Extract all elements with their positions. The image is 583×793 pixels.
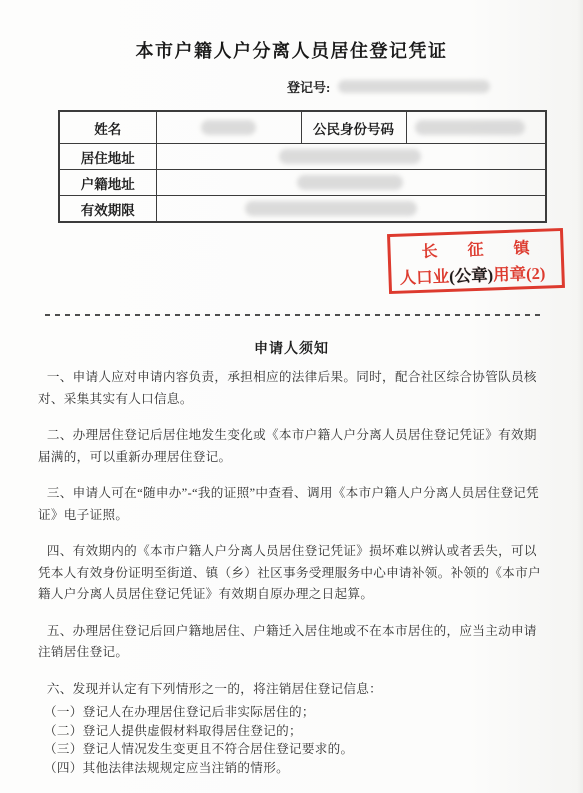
redacted-validity-period [245, 201, 417, 216]
table-row-residence-address: 居住地址 [59, 144, 546, 170]
validity-period-value-cell [156, 196, 546, 223]
notice-paragraph-5: 五、办理居住登记后回户籍地居住、户籍迁入居住地或不在本市居住的，应当主动申请注销… [38, 621, 546, 664]
red-official-seal: 长 征 镇 人口业(公章)用章(2) [387, 228, 565, 294]
id-number-label: 公民身份号码 [301, 111, 406, 144]
notice-paragraph-2: 二、办理居住登记后居住地发生变化或《本市户籍人户分离人员居住登记凭证》有效期届满… [38, 425, 546, 468]
notice-heading: 申请人须知 [0, 338, 583, 358]
residence-address-label: 居住地址 [59, 144, 156, 170]
id-number-value-cell [406, 111, 546, 144]
redacted-registration-number [338, 80, 490, 93]
redacted-household-address [297, 175, 403, 190]
household-address-label: 户籍地址 [59, 170, 156, 196]
notice-subitem-list: （一）登记人在办理居住登记后非实际居住的； （二）登记人提供虚假材料取得居住登记… [38, 703, 546, 777]
document-title: 本市户籍人户分离人员居住登记凭证 [0, 37, 583, 63]
registration-number-label: 登记号: [287, 77, 330, 96]
scanned-document-page: 本市户籍人户分离人员居住登记凭证 登记号: 姓名 公民身份号码 居住地址 户 [0, 0, 583, 793]
redacted-id-number-value [415, 120, 525, 135]
personal-info-table: 姓名 公民身份号码 居住地址 户籍地址 有效期限 [58, 110, 547, 223]
dashed-cut-line [45, 314, 540, 316]
notice-body: 一、申请人应对申请内容负责，承担相应的法律后果。同时，配合社区综合协管队员核对、… [38, 367, 546, 777]
notice-subitem-3: （三）登记人情况发生变更且不符合居住登记要求的。 [38, 740, 546, 759]
seal-placeholder-text: (公章) [449, 265, 494, 286]
seal-town-name: 长 征 镇 [390, 234, 561, 263]
notice-paragraph-6: 六、发现并认定有下列情形之一的，将注销居住登记信息： [38, 679, 546, 701]
seal-text-left: 人口业 [399, 267, 449, 288]
household-address-value-cell [156, 170, 546, 196]
table-row-name-id: 姓名 公民身份号码 [59, 111, 546, 144]
redacted-name-value [201, 120, 256, 135]
seal-purpose-line: 人口业(公章)用章(2) [383, 259, 562, 289]
notice-subitem-4: （四）其他法律法规规定应当注销的情形。 [38, 759, 546, 778]
notice-paragraph-1: 一、申请人应对申请内容负责，承担相应的法律后果。同时，配合社区综合协管队员核对、… [38, 367, 546, 410]
table-row-validity-period: 有效期限 [59, 196, 546, 223]
notice-subitem-1: （一）登记人在办理居住登记后非实际居住的； [38, 703, 546, 722]
seal-text-right: 用章(2) [493, 264, 546, 285]
notice-subitem-2: （二）登记人提供虚假材料取得居住登记的； [38, 722, 546, 741]
name-label: 姓名 [59, 111, 156, 144]
notice-paragraph-3: 三、申请人可在“随申办”-“我的证照”中查看、调用《本市户籍人户分离人员居住登记… [38, 483, 546, 526]
residence-address-value-cell [156, 144, 546, 170]
table-row-household-address: 户籍地址 [59, 170, 546, 196]
validity-period-label: 有效期限 [59, 196, 156, 223]
registration-number-row: 登记号: [287, 77, 490, 96]
name-value-cell [156, 111, 301, 144]
redacted-residence-address [279, 149, 421, 164]
notice-paragraph-4: 四、有效期内的《本市户籍人户分离人员居住登记凭证》损坏难以辨认或者丢失，可以凭本… [38, 541, 546, 606]
